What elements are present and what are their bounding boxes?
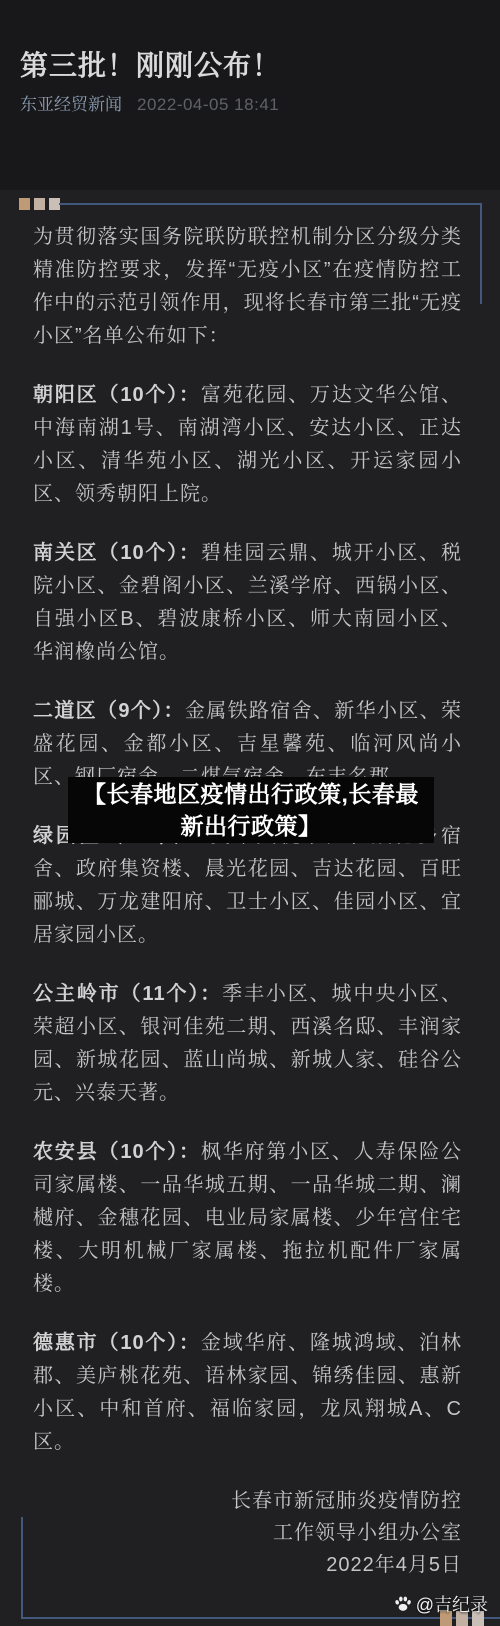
- district-paragraph: 德惠市（10个）：金域华府、隆城鸿域、泊林郡、美庐桃花苑、语林家园、锦绣佳园、惠…: [33, 1327, 462, 1459]
- publisher-link[interactable]: 东亚经贸新闻: [20, 90, 122, 115]
- signature-date: 2022年4月5日: [33, 1549, 462, 1581]
- district-name: 公主岭市（11个）：: [33, 983, 222, 1005]
- community-list: 枫华府第小区、人寿保险公司家属楼、一品华城五期、一品华城二期、澜樾府、金穗花园、…: [33, 1141, 462, 1295]
- district-paragraph: 公主岭市（11个）：季丰小区、城中央小区、荣超小区、银河佳苑二期、西溪名邸、丰润…: [33, 978, 462, 1110]
- watermark-handle: @吉纪录: [416, 1591, 488, 1617]
- watermark: @吉纪录: [393, 1591, 488, 1617]
- deco-line-left-bottom: [21, 1517, 23, 1618]
- deco-square: [19, 198, 30, 210]
- caption-overlay: 【长春地区疫情出行政策,长春最新出行政策】: [68, 777, 434, 843]
- district-name: 二道区（9个）：: [33, 700, 185, 722]
- signature-block: 长春市新冠肺炎疫情防控 工作领导小组办公室 2022年4月5日: [33, 1485, 462, 1581]
- district-paragraph: 农安县（10个）：枫华府第小区、人寿保险公司家属楼、一品华城五期、一品华城二期、…: [33, 1136, 462, 1301]
- article-page: 第三批！刚刚公布！ 东亚经贸新闻 2022-04-05 18:41 为贯彻落实国…: [0, 0, 500, 1626]
- byline: 东亚经贸新闻 2022-04-05 18:41: [20, 90, 480, 115]
- district-name: 农安县（10个）：: [33, 1141, 201, 1163]
- intro-paragraph: 为贯彻落实国务院联防联控机制分区分级分类精准防控要求，发挥“无疫小区”在疫情防控…: [33, 221, 462, 353]
- paw-icon: [393, 1594, 413, 1614]
- deco-line-right: [480, 203, 482, 304]
- deco-squares-top: [19, 198, 60, 210]
- district-name: 朝阳区（10个）：: [33, 384, 201, 406]
- deco-line-bottom: [21, 1617, 500, 1619]
- district-name: 南关区（10个）：: [33, 542, 201, 564]
- caption-text: 【长春地区疫情出行政策,长春最新出行政策】: [68, 778, 434, 842]
- signature-org-line1: 长春市新冠肺炎疫情防控: [33, 1485, 462, 1517]
- deco-line-top: [59, 203, 481, 205]
- article-body: 为贯彻落实国务院联防联控机制分区分级分类精准防控要求，发挥“无疫小区”在疫情防控…: [33, 221, 462, 1581]
- district-paragraph: 朝阳区（10个）：富苑花园、万达文华公馆、中海南湖1号、南湖湾小区、安达小区、正…: [33, 379, 462, 511]
- district-paragraph: 南关区（10个）：碧桂园云鼎、城开小区、税院小区、金碧阁小区、兰溪学府、西锅小区…: [33, 537, 462, 669]
- publish-timestamp: 2022-04-05 18:41: [137, 95, 279, 115]
- district-name: 德惠市（10个）：: [33, 1332, 201, 1354]
- signature-org-line2: 工作领导小组办公室: [33, 1517, 462, 1549]
- deco-square: [34, 198, 45, 210]
- page-title: 第三批！刚刚公布！: [20, 47, 480, 85]
